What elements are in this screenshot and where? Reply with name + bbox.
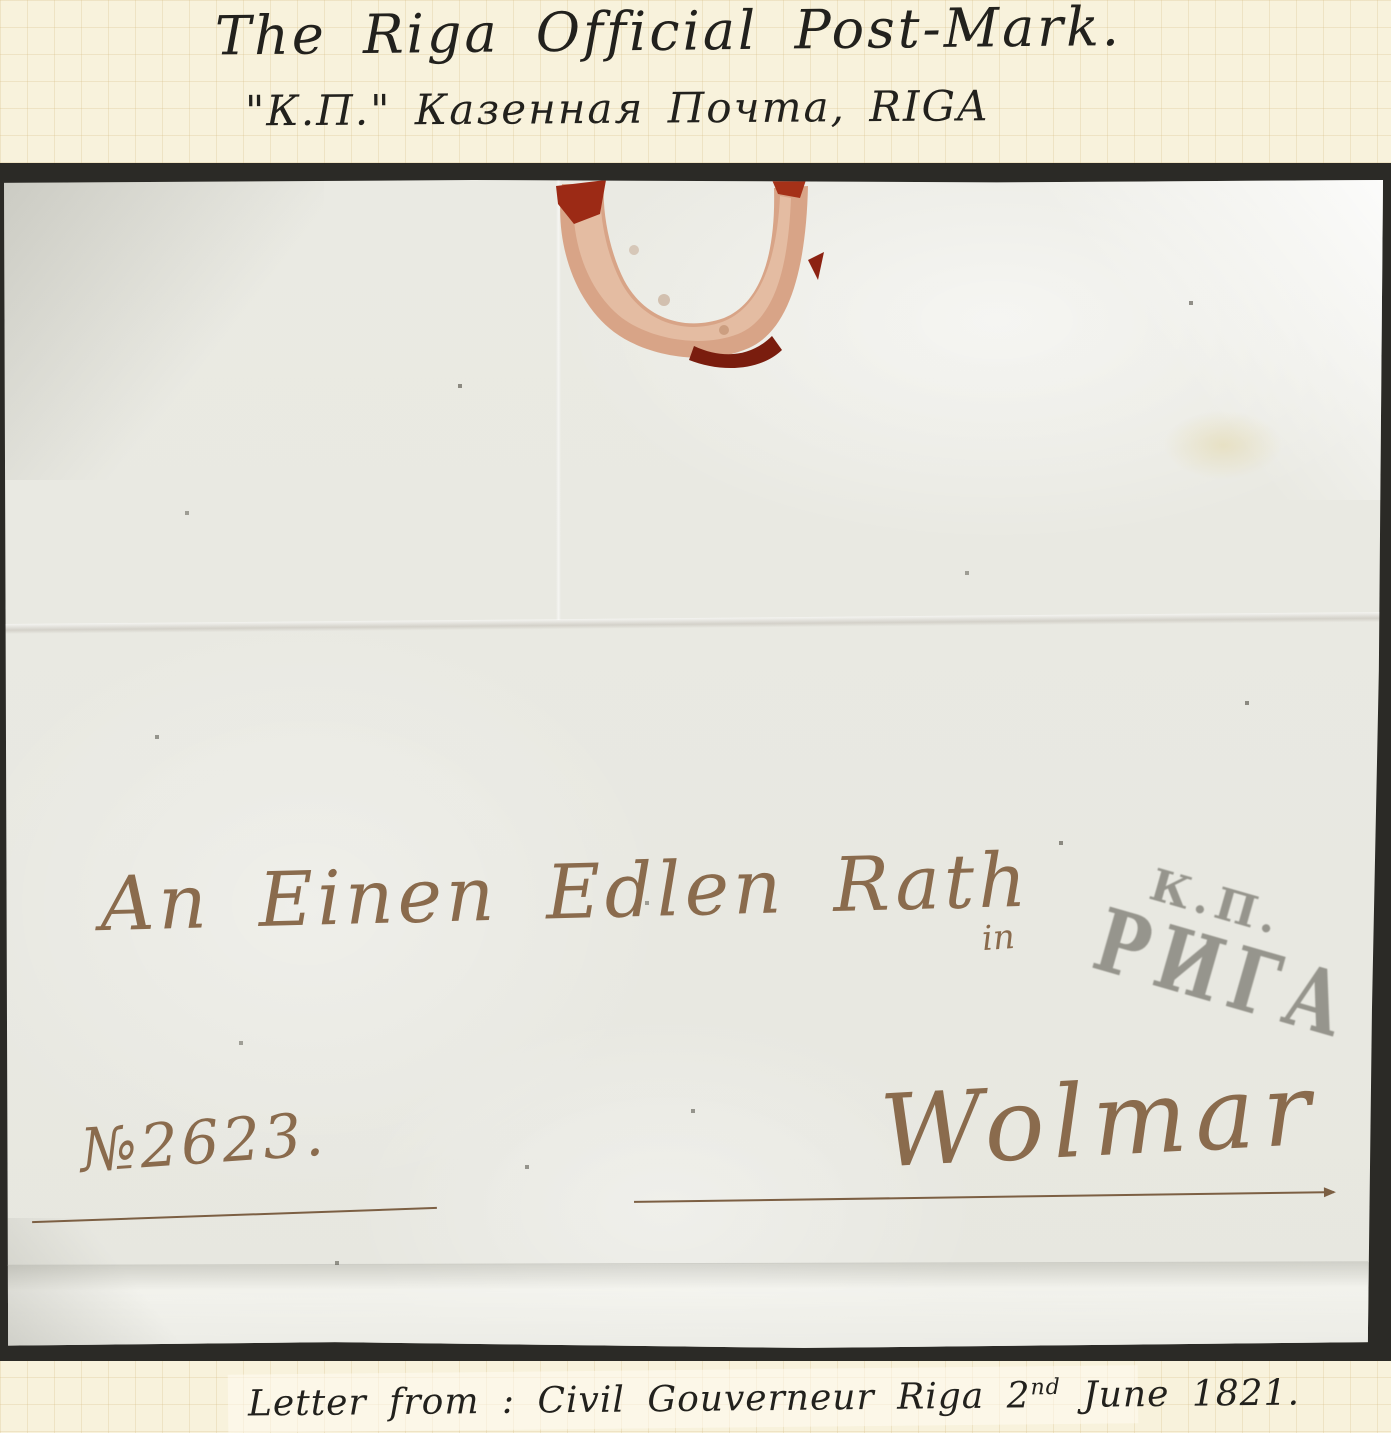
fold-shadow-top-left xyxy=(4,180,324,480)
address-preposition: in xyxy=(981,917,1016,959)
page-subtitle: "К.П." Казенная Почта, RIGA xyxy=(245,84,945,135)
postmark-line2: РИГА xyxy=(1086,896,1364,1053)
caption-ordinal: nd xyxy=(1030,1375,1061,1400)
caption-text: Letter from : Civil Gouverneur Riga 2 xyxy=(248,1375,1031,1424)
riga-straight-line-postmark: К.П. РИГА xyxy=(1090,853,1323,1020)
horizontal-fold-crease xyxy=(4,612,1383,634)
paper-specks xyxy=(4,180,6,182)
destination-wolmar: Wolmar xyxy=(877,1051,1321,1191)
address-line: An Einen Edlen Rath xyxy=(99,836,1031,948)
fold-shadow-bottom-left xyxy=(4,1218,234,1348)
page-title: The Riga Official Post-Mark. xyxy=(215,0,1076,66)
folded-letter-cover: An Einen Edlen Rath in К.П. РИГА Wolmar … xyxy=(4,180,1383,1348)
paper-stain xyxy=(1163,410,1283,480)
album-page: The Riga Official Post-Mark. "К.П." Казе… xyxy=(0,0,1391,1433)
docket-number-underline xyxy=(32,1207,437,1223)
black-mount: An Einen Edlen Rath in К.П. РИГА Wolmar … xyxy=(0,163,1391,1361)
destination-underline xyxy=(634,1191,1334,1203)
caption-date: June 1821. xyxy=(1061,1372,1300,1416)
docket-number: №2623. xyxy=(78,1099,329,1186)
wax-seal-icon xyxy=(544,180,856,372)
